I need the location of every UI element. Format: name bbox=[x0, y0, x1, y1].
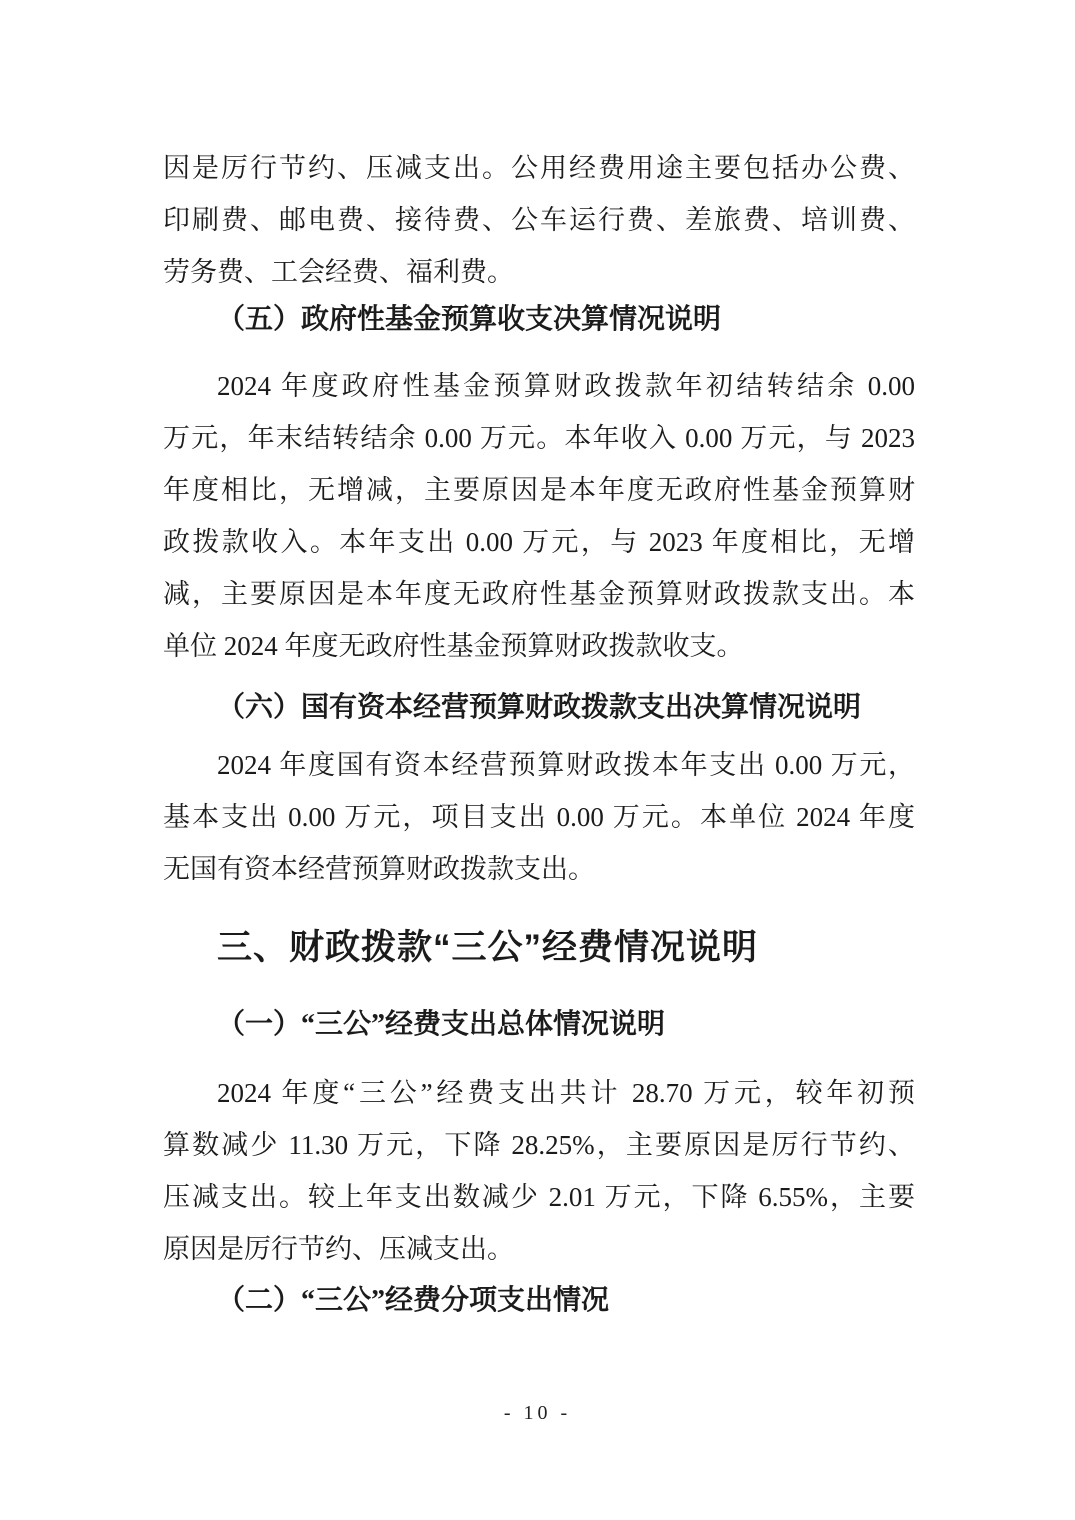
part3-subheading-1: （一）“三公”经费支出总体情况说明 bbox=[217, 999, 915, 1051]
text-line: 减，主要原因是本年度无政府性基金预算财政拨款支出。本 bbox=[163, 568, 915, 620]
text-line: 万元，年末结转结余 0.00 万元。本年收入 0.00 万元，与 2023 bbox=[163, 412, 915, 464]
text-line: 基本支出 0.00 万元，项目支出 0.00 万元。本单位 2024 年度 bbox=[163, 791, 915, 843]
page-number: - 10 - bbox=[0, 1400, 1075, 1426]
text-line: 年度相比，无增减，主要原因是本年度无政府性基金预算财 bbox=[163, 464, 915, 516]
paragraph-public-funds: 因是厉行节约、压减支出。公用经费用途主要包括办公费、 印刷费、邮电费、接待费、公… bbox=[163, 142, 915, 298]
paragraph-state-capital: 2024 年度国有资本经营预算财政拨本年支出 0.00 万元， 基本支出 0.0… bbox=[163, 739, 915, 895]
part3-subheading-2: （二）“三公”经费分项支出情况 bbox=[217, 1275, 915, 1327]
paragraph-sangong-overview: 2024 年度“三公”经费支出共计 28.70 万元，较年初预 算数减少 11.… bbox=[163, 1067, 915, 1275]
page-content: 因是厉行节约、压减支出。公用经费用途主要包括办公费、 印刷费、邮电费、接待费、公… bbox=[163, 142, 915, 1327]
part3-major-heading: 三、财政拨款“三公”经费情况说明 bbox=[217, 922, 915, 974]
section-heading-5: （五）政府性基金预算收支决算情况说明 bbox=[217, 294, 915, 346]
text-line: 2024 年度国有资本经营预算财政拨本年支出 0.00 万元， bbox=[163, 739, 915, 791]
text-line: 劳务费、工会经费、福利费。 bbox=[163, 246, 915, 298]
paragraph-gov-fund-budget: 2024 年度政府性基金预算财政拨款年初结转结余 0.00 万元，年末结转结余 … bbox=[163, 360, 915, 672]
text-line: 单位 2024 年度无政府性基金预算财政拨款收支。 bbox=[163, 620, 915, 672]
section-heading-6: （六）国有资本经营预算财政拨款支出决算情况说明 bbox=[217, 682, 915, 734]
text-line: 算数减少 11.30 万元，下降 28.25%，主要原因是厉行节约、 bbox=[163, 1119, 915, 1171]
document-page: 因是厉行节约、压减支出。公用经费用途主要包括办公费、 印刷费、邮电费、接待费、公… bbox=[0, 0, 1075, 1520]
text-line: 原因是厉行节约、压减支出。 bbox=[163, 1223, 915, 1275]
text-line: 无国有资本经营预算财政拨款支出。 bbox=[163, 843, 915, 895]
text-line: 2024 年度“三公”经费支出共计 28.70 万元，较年初预 bbox=[163, 1067, 915, 1119]
text-line: 政拨款收入。本年支出 0.00 万元，与 2023 年度相比，无增 bbox=[163, 516, 915, 568]
text-line: 因是厉行节约、压减支出。公用经费用途主要包括办公费、 bbox=[163, 142, 915, 194]
text-line: 2024 年度政府性基金预算财政拨款年初结转结余 0.00 bbox=[163, 360, 915, 412]
text-line: 印刷费、邮电费、接待费、公车运行费、差旅费、培训费、 bbox=[163, 194, 915, 246]
text-line: 压减支出。较上年支出数减少 2.01 万元，下降 6.55%，主要 bbox=[163, 1171, 915, 1223]
